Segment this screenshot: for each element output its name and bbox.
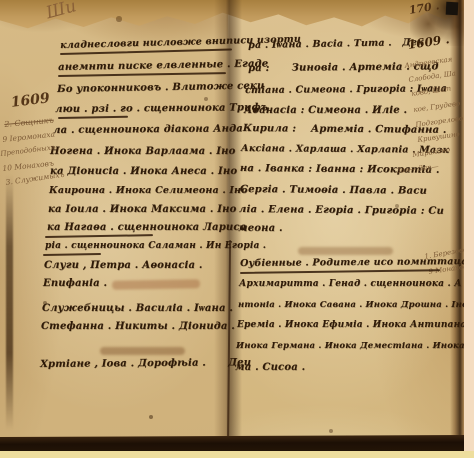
manuscript-photo: кладнесловги нисловже вниписи изортианем… — [0, 0, 474, 458]
ink-smudge — [100, 347, 185, 355]
margin-note: 1. Березово — [424, 246, 468, 261]
margin-note: ково, Шат — [411, 84, 452, 97]
registration-mark — [446, 2, 459, 16]
margin-note: Подгорелово — [415, 114, 464, 129]
margin-note: Слобода, Ша — [408, 69, 456, 84]
photo-border-bottom — [0, 451, 474, 458]
margin-note: кое, Грудево — [413, 99, 461, 113]
margin-note: Андреевская — [404, 55, 453, 70]
ink-smudge — [112, 279, 200, 290]
margin-note: Кривушино — [417, 130, 460, 144]
ink-smudge — [298, 247, 393, 255]
photo-border-right — [464, 0, 474, 458]
margin-note: Зан— Зап— — [396, 163, 439, 175]
right-margin-notes-layer: АндреевскаяСлобода, Шаково, Шаткое, Груд… — [0, 0, 474, 458]
margin-note: Миракино — [412, 146, 451, 159]
